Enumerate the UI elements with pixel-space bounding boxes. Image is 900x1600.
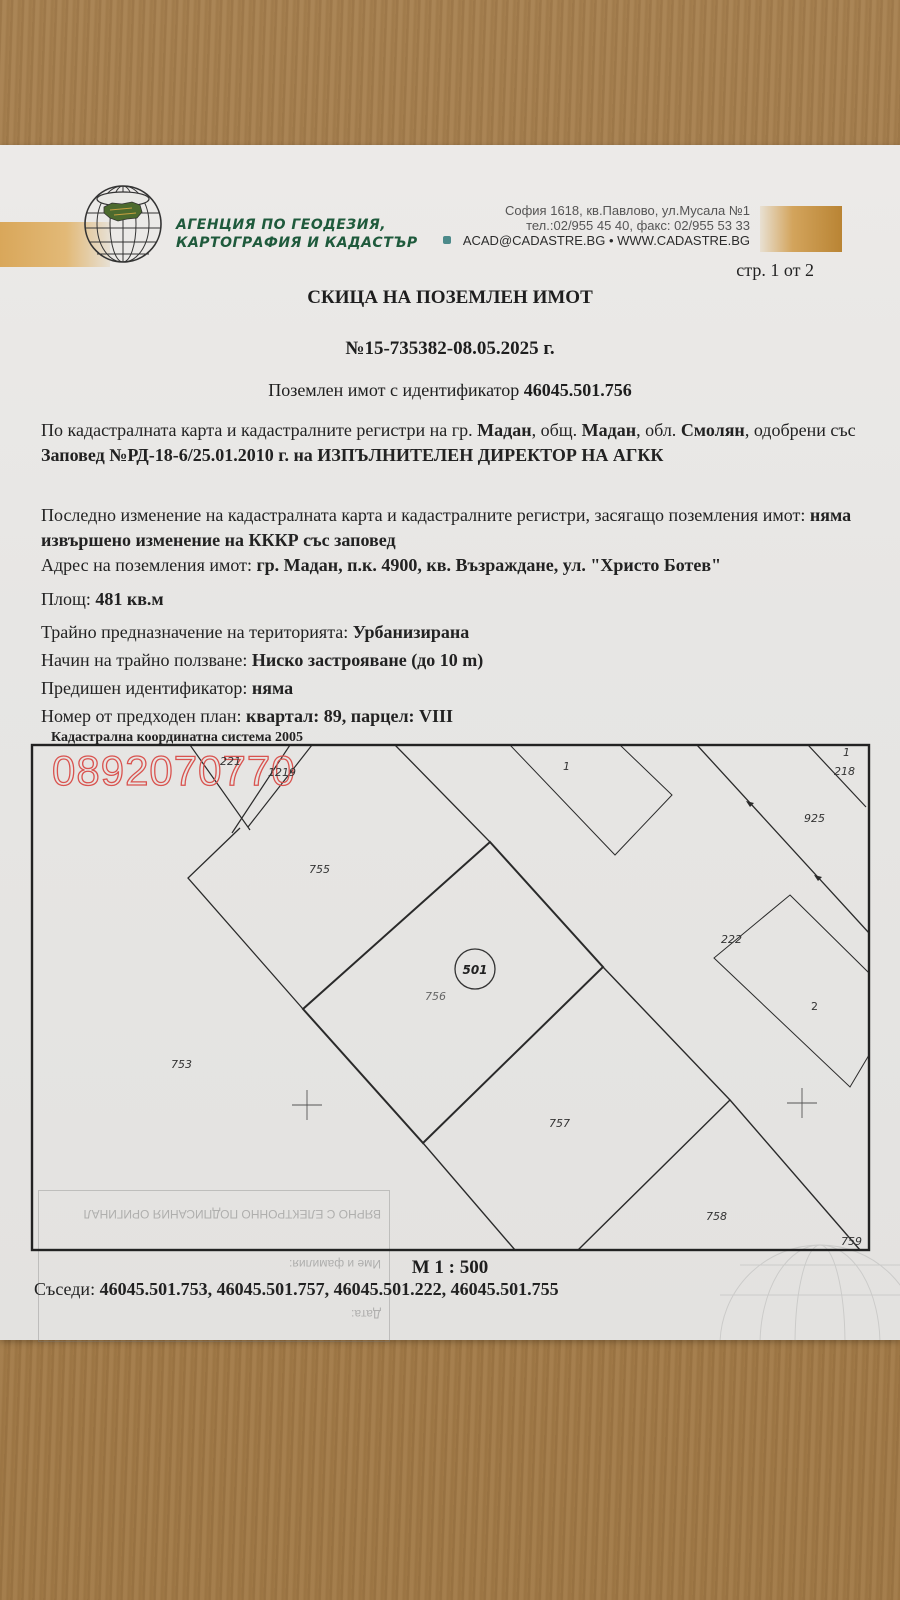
- parcel-label-755: 755: [309, 863, 330, 876]
- neighbors-label: Съседи:: [34, 1279, 95, 1299]
- watermark-phone: 0892070770: [52, 747, 296, 794]
- parcel-label-1219: 1219: [268, 766, 296, 779]
- parcel-label-218: 218: [834, 765, 855, 778]
- parcel-label-758: 758: [706, 1210, 727, 1223]
- parcel-label-756: 756: [425, 990, 446, 1003]
- block-number: 501: [462, 963, 487, 977]
- neighbors-row: Съседи: 46045.501.753, 46045.501.757, 46…: [34, 1279, 559, 1300]
- map-scale: М 1 : 500: [0, 1257, 900, 1279]
- neighbors-list: 46045.501.753, 46045.501.757, 46045.501.…: [100, 1279, 559, 1299]
- parcel-label-753: 753: [171, 1058, 192, 1071]
- parcel-label-222: 222: [721, 933, 742, 946]
- parcel-label-925: 925: [804, 812, 825, 825]
- building-label-2: 2: [811, 1000, 818, 1013]
- building-label-1-corner: 1: [843, 746, 850, 759]
- building-label-1: 1: [563, 760, 570, 773]
- parcel-label-221: 221: [220, 755, 241, 768]
- cadastral-map: 0892070770 221 1219 1 1 218 925 755 756 …: [0, 145, 900, 1340]
- parcel-label-757: 757: [549, 1117, 570, 1130]
- parcel-label-759: 759: [841, 1235, 862, 1248]
- cadastral-sketch-page: АГЕНЦИЯ ПО ГЕОДЕЗИЯ, КАРТОГРАФИЯ И КАДАС…: [0, 145, 900, 1340]
